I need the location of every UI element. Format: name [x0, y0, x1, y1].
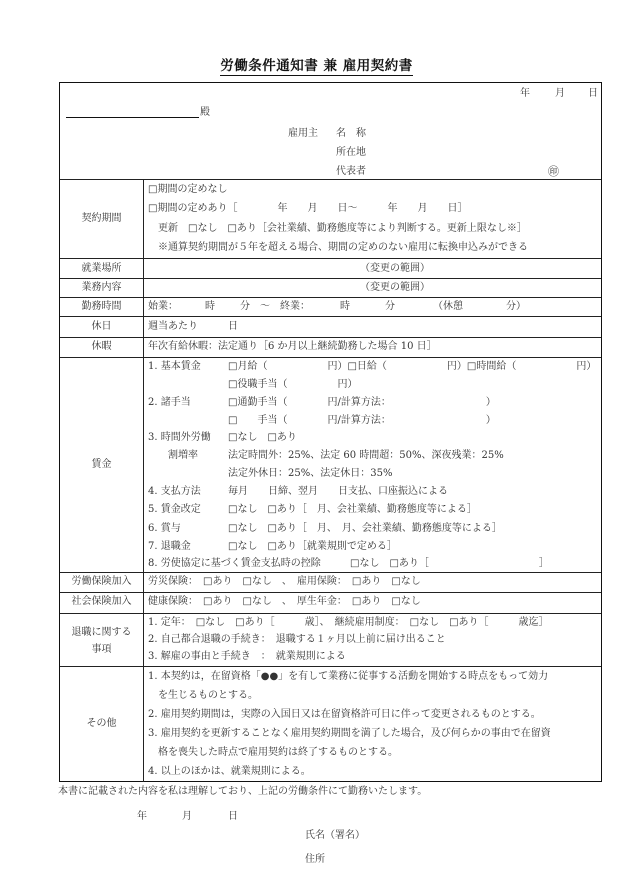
- seal-icon: ㊞: [548, 166, 559, 177]
- employer-representative-label: 代表者: [336, 167, 366, 177]
- wage-item-text[interactable]: □通勤手当（ 円/計算方法： ）: [228, 398, 496, 408]
- holidays-label: 休日: [60, 322, 143, 332]
- leave-value: 年次有給休暇：法定通り［6 か月以上継続勤務した場合 10 日］: [148, 342, 437, 352]
- other-label: その他: [60, 719, 143, 729]
- contract-period-line-4: ※通算契約期間が５年を超える場合、期間の定めのない雇用に転換申込みができる: [148, 243, 528, 253]
- contract-period-line-2[interactable]: □期間の定めあり［ 年 月 日～ 年 月 日］: [148, 204, 467, 214]
- contract-period-line-3[interactable]: 更新 □なし □あり［会社業績、勤務態度等により判断する。更新上限なし※］: [148, 224, 527, 234]
- wage-item-text: 法定外休日：25%、法定休日：35%: [228, 469, 392, 479]
- wage-item-text[interactable]: □なし □あり: [228, 433, 297, 443]
- other-line-2: 2. 雇用契約期間は，実際の入国日又は在留資格許可日に伴って変更されるものとする…: [148, 710, 541, 720]
- other-line-3: 3. 雇用契約を更新することなく雇用契約期間を満了した場合，及び何らかの事由で在…: [148, 729, 551, 739]
- contract-period-label: 契約期間: [60, 214, 143, 224]
- wage-item-number: 4. 支払方法: [148, 487, 201, 497]
- wage-item-text[interactable]: □なし □あり［ ］: [350, 559, 549, 569]
- header-date-day: 日: [588, 89, 598, 99]
- start-time-label: 始業：: [148, 302, 178, 312]
- working-hours-label: 勤務時間: [60, 302, 143, 312]
- end-hour-unit: 時: [340, 302, 350, 312]
- agreement-statement: 本書に記載された内容を私は理解しており、上記の労働条件にて勤務いたします。: [58, 787, 427, 797]
- retirement-line-2: 2. 自己都合退職の手続き： 退職する１ヶ月以上前に届け出ること: [148, 635, 446, 645]
- retirement-label-line-2: 事項: [60, 645, 143, 655]
- contract-period-line-1[interactable]: □期間の定めなし: [148, 185, 227, 195]
- workplace-label: 就業場所: [60, 264, 143, 274]
- footer-date-day[interactable]: 日: [228, 812, 238, 822]
- break-label: （休憩: [433, 302, 463, 312]
- holidays-value[interactable]: 週当あたり 日: [148, 322, 238, 332]
- labor-insurance-value[interactable]: 労災保険： □あり □なし 、 雇用保険： □あり □なし: [148, 577, 421, 587]
- retirement-line-3: 3. 解雇の事由と手続き ： 就業規則による: [148, 652, 346, 662]
- footer-date-month[interactable]: 月: [182, 812, 192, 822]
- start-hour-unit: 時: [205, 302, 215, 312]
- document-title: 労働条件通知書 兼 雇用契約書: [0, 54, 633, 74]
- signature-name-label[interactable]: 氏名（署名）: [305, 831, 365, 841]
- header-date-year: 年: [520, 89, 530, 99]
- time-range-separator: ～: [260, 302, 270, 312]
- wage-item-number: 7. 退職金: [148, 542, 191, 552]
- wage-item-text[interactable]: □なし □あり［就業規則で定める］: [228, 542, 397, 552]
- addressee-field[interactable]: [66, 117, 199, 118]
- contract-table: 年 月 日 殿 雇用主 名 称 所在地 代表者 ㊞ 契約期間 □期間の定めなし …: [59, 82, 602, 782]
- addressee-suffix: 殿: [200, 108, 210, 118]
- job-content-label: 業務内容: [60, 283, 143, 293]
- wage-item-text[interactable]: □なし □あり［ 月、会社業績、勤務態度等による］: [228, 505, 477, 515]
- other-line-3-cont: 格を喪失した時点で雇用契約は終了するものとする。: [148, 748, 398, 758]
- wage-item-number: 6. 賞与: [148, 524, 181, 534]
- wage-item-number: 5. 賃金改定: [148, 505, 201, 515]
- wage-item-number: 1. 基本賃金: [148, 362, 201, 372]
- retirement-line-1[interactable]: 1. 定年： □なし □あり［ 歳］、 継続雇用制度： □なし □あり［ 歳迄］: [148, 618, 549, 628]
- other-line-4: 4. 以上のほかは、就業規則による。: [148, 767, 311, 777]
- break-minute-unit: 分）: [506, 302, 526, 312]
- end-time-label: 終業：: [280, 302, 310, 312]
- wage-item-text[interactable]: □ 手当（ 円/計算方法： ）: [228, 416, 496, 426]
- other-line-1: 1. 本契約は，在留資格「●●」を有して業務に従事する活動を開始する時点をもって…: [148, 672, 548, 682]
- other-line-1-cont: を生じるものとする。: [148, 691, 258, 701]
- retirement-label-line-1: 退職に関する: [60, 628, 143, 638]
- wage-item-number: 割増率: [148, 451, 198, 461]
- footer-date-year[interactable]: 年: [137, 812, 147, 822]
- wage-item-number: 2. 諸手当: [148, 398, 191, 408]
- start-minute-unit: 分: [240, 302, 250, 312]
- wage-item-text[interactable]: □役職手当（ 円）: [228, 380, 357, 390]
- header-date-month: 月: [555, 89, 565, 99]
- labor-insurance-label: 労働保険加入: [60, 577, 143, 587]
- social-insurance-value[interactable]: 健康保険： □あり □なし 、 厚生年金： □あり □なし: [148, 597, 421, 607]
- wage-item-text[interactable]: □月給（ 円）□日給（ 円）□時間給（ 円）: [228, 362, 596, 372]
- wage-item-text[interactable]: 毎月 日締、翌月 日支払、口座振込による: [228, 487, 448, 497]
- leave-label: 休暇: [60, 342, 143, 352]
- wage-item-number: 8. 労使協定に基づく賃金支払時の控除: [148, 559, 321, 569]
- workplace-value[interactable]: （変更の範囲）: [360, 264, 430, 274]
- wage-item-text[interactable]: □なし □あり［ 月、 月、会社業績、勤務態度等による］: [228, 524, 502, 534]
- employer-location-label: 所在地: [336, 148, 366, 158]
- employer-label: 雇用主: [288, 129, 318, 139]
- job-content-value[interactable]: （変更の範囲）: [360, 283, 430, 293]
- employer-name-label: 名 称: [336, 129, 366, 139]
- wage-item-text: 法定時間外：25%、法定 60 時間超：50%、深夜残業：25%: [228, 451, 504, 461]
- signature-address-label[interactable]: 住所: [305, 855, 325, 865]
- wages-label: 賃金: [60, 460, 143, 470]
- social-insurance-label: 社会保険加入: [60, 597, 143, 607]
- wage-item-number: 3. 時間外労働: [148, 433, 211, 443]
- end-minute-unit: 分: [385, 302, 395, 312]
